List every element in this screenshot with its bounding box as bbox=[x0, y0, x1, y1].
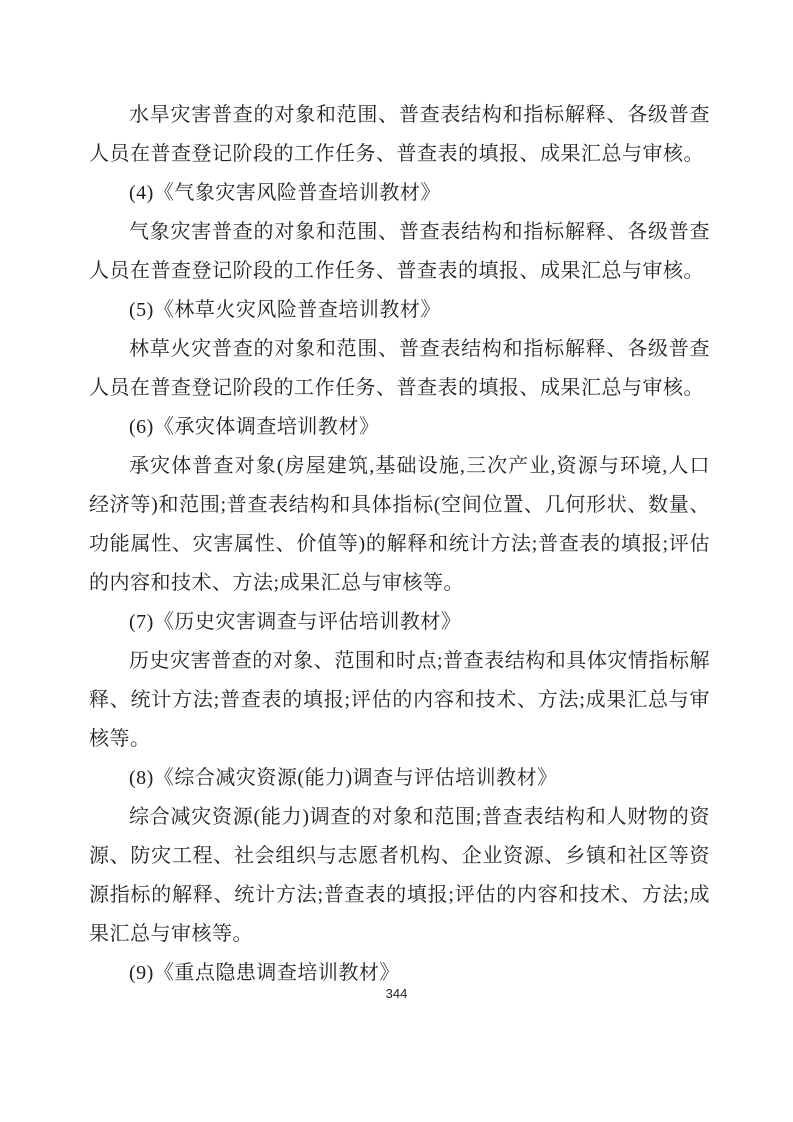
paragraph-body: 林草火灾普查的对象和范围、普查表结构和指标解释、各级普查人员在普查登记阶段的工作… bbox=[89, 330, 710, 408]
paragraph-body: 综合减灾资源(能力)调查的对象和范围;普查表结构和人财物的资源、防灾工程、社会组… bbox=[89, 798, 710, 954]
paragraph-body: 承灾体普查对象(房屋建筑,基础设施,三次产业,资源与环境,人口经济等)和范围;普… bbox=[89, 447, 710, 603]
section-heading-4: (4)《气象灾害风险普查培训教材》 bbox=[89, 174, 710, 213]
page-number: 344 bbox=[0, 986, 793, 1001]
paragraph-body: 气象灾害普查的对象和范围、普查表结构和指标解释、各级普查人员在普查登记阶段的工作… bbox=[89, 213, 710, 291]
paragraph-body: 水旱灾害普查的对象和范围、普查表结构和指标解释、各级普查人员在普查登记阶段的工作… bbox=[89, 96, 710, 174]
document-page: 水旱灾害普查的对象和范围、普查表结构和指标解释、各级普查人员在普查登记阶段的工作… bbox=[0, 0, 793, 1122]
section-heading-8: (8)《综合减灾资源(能力)调查与评估培训教材》 bbox=[89, 759, 710, 798]
page-body-text: 水旱灾害普查的对象和范围、普查表结构和指标解释、各级普查人员在普查登记阶段的工作… bbox=[89, 96, 710, 993]
section-heading-7: (7)《历史灾害调查与评估培训教材》 bbox=[89, 603, 710, 642]
paragraph-body: 历史灾害普查的对象、范围和时点;普查表结构和具体灾情指标解释、统计方法;普查表的… bbox=[89, 642, 710, 759]
section-heading-5: (5)《林草火灾风险普查培训教材》 bbox=[89, 291, 710, 330]
section-heading-6: (6)《承灾体调查培训教材》 bbox=[89, 408, 710, 447]
